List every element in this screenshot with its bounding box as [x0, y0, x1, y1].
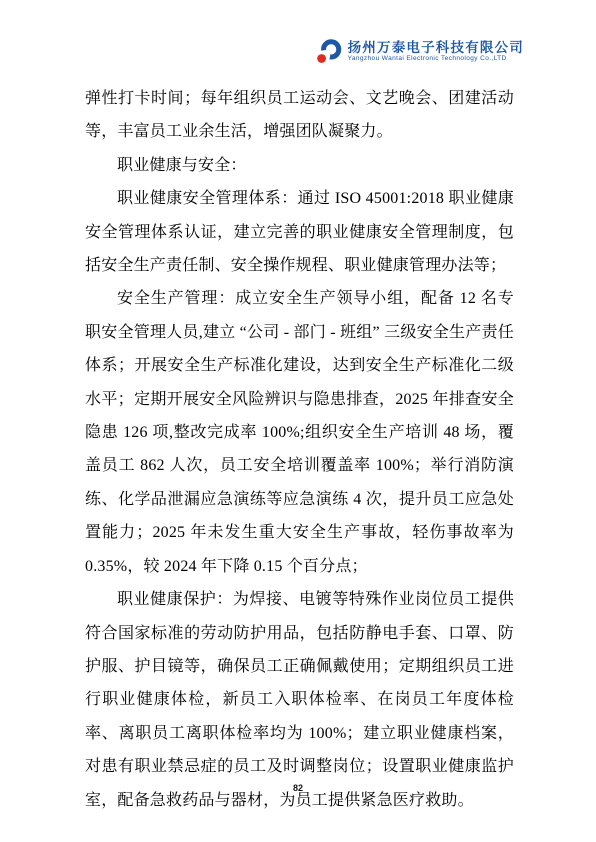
page-number: 82 [0, 783, 596, 793]
body-paragraph: 职业健康与安全： [85, 149, 514, 182]
company-name-cn: 扬州万泰电子科技有限公司 [348, 40, 524, 55]
company-name-en: Yangzhou Wantai Electronic Technology Co… [348, 55, 524, 63]
body-paragraph: 职业健康保护：为焊接、电镀等特殊作业岗位员工提供符合国家标准的劳动防护用品，包括… [85, 583, 514, 817]
letterhead: 扬州万泰电子科技有限公司 Yangzhou Wantai Electronic … [316, 37, 524, 66]
company-name-block: 扬州万泰电子科技有限公司 Yangzhou Wantai Electronic … [348, 40, 524, 63]
body-paragraph: 职业健康安全管理体系：通过 ISO 45001:2018 职业健康安全管理体系认… [85, 182, 514, 282]
document-body: 弹性打卡时间；每年组织员工运动会、文艺晚会、团建活动等，丰富员工业余生活，增强团… [85, 82, 514, 817]
body-paragraph: 安全生产管理：成立安全生产领导小组，配备 12 名专职安全管理人员,建立 “公司… [85, 282, 514, 583]
document-page: 扬州万泰电子科技有限公司 Yangzhou Wantai Electronic … [0, 0, 596, 842]
body-paragraph: 弹性打卡时间；每年组织员工运动会、文艺晚会、团建活动等，丰富员工业余生活，增强团… [85, 82, 514, 149]
company-logo-icon [316, 37, 343, 66]
